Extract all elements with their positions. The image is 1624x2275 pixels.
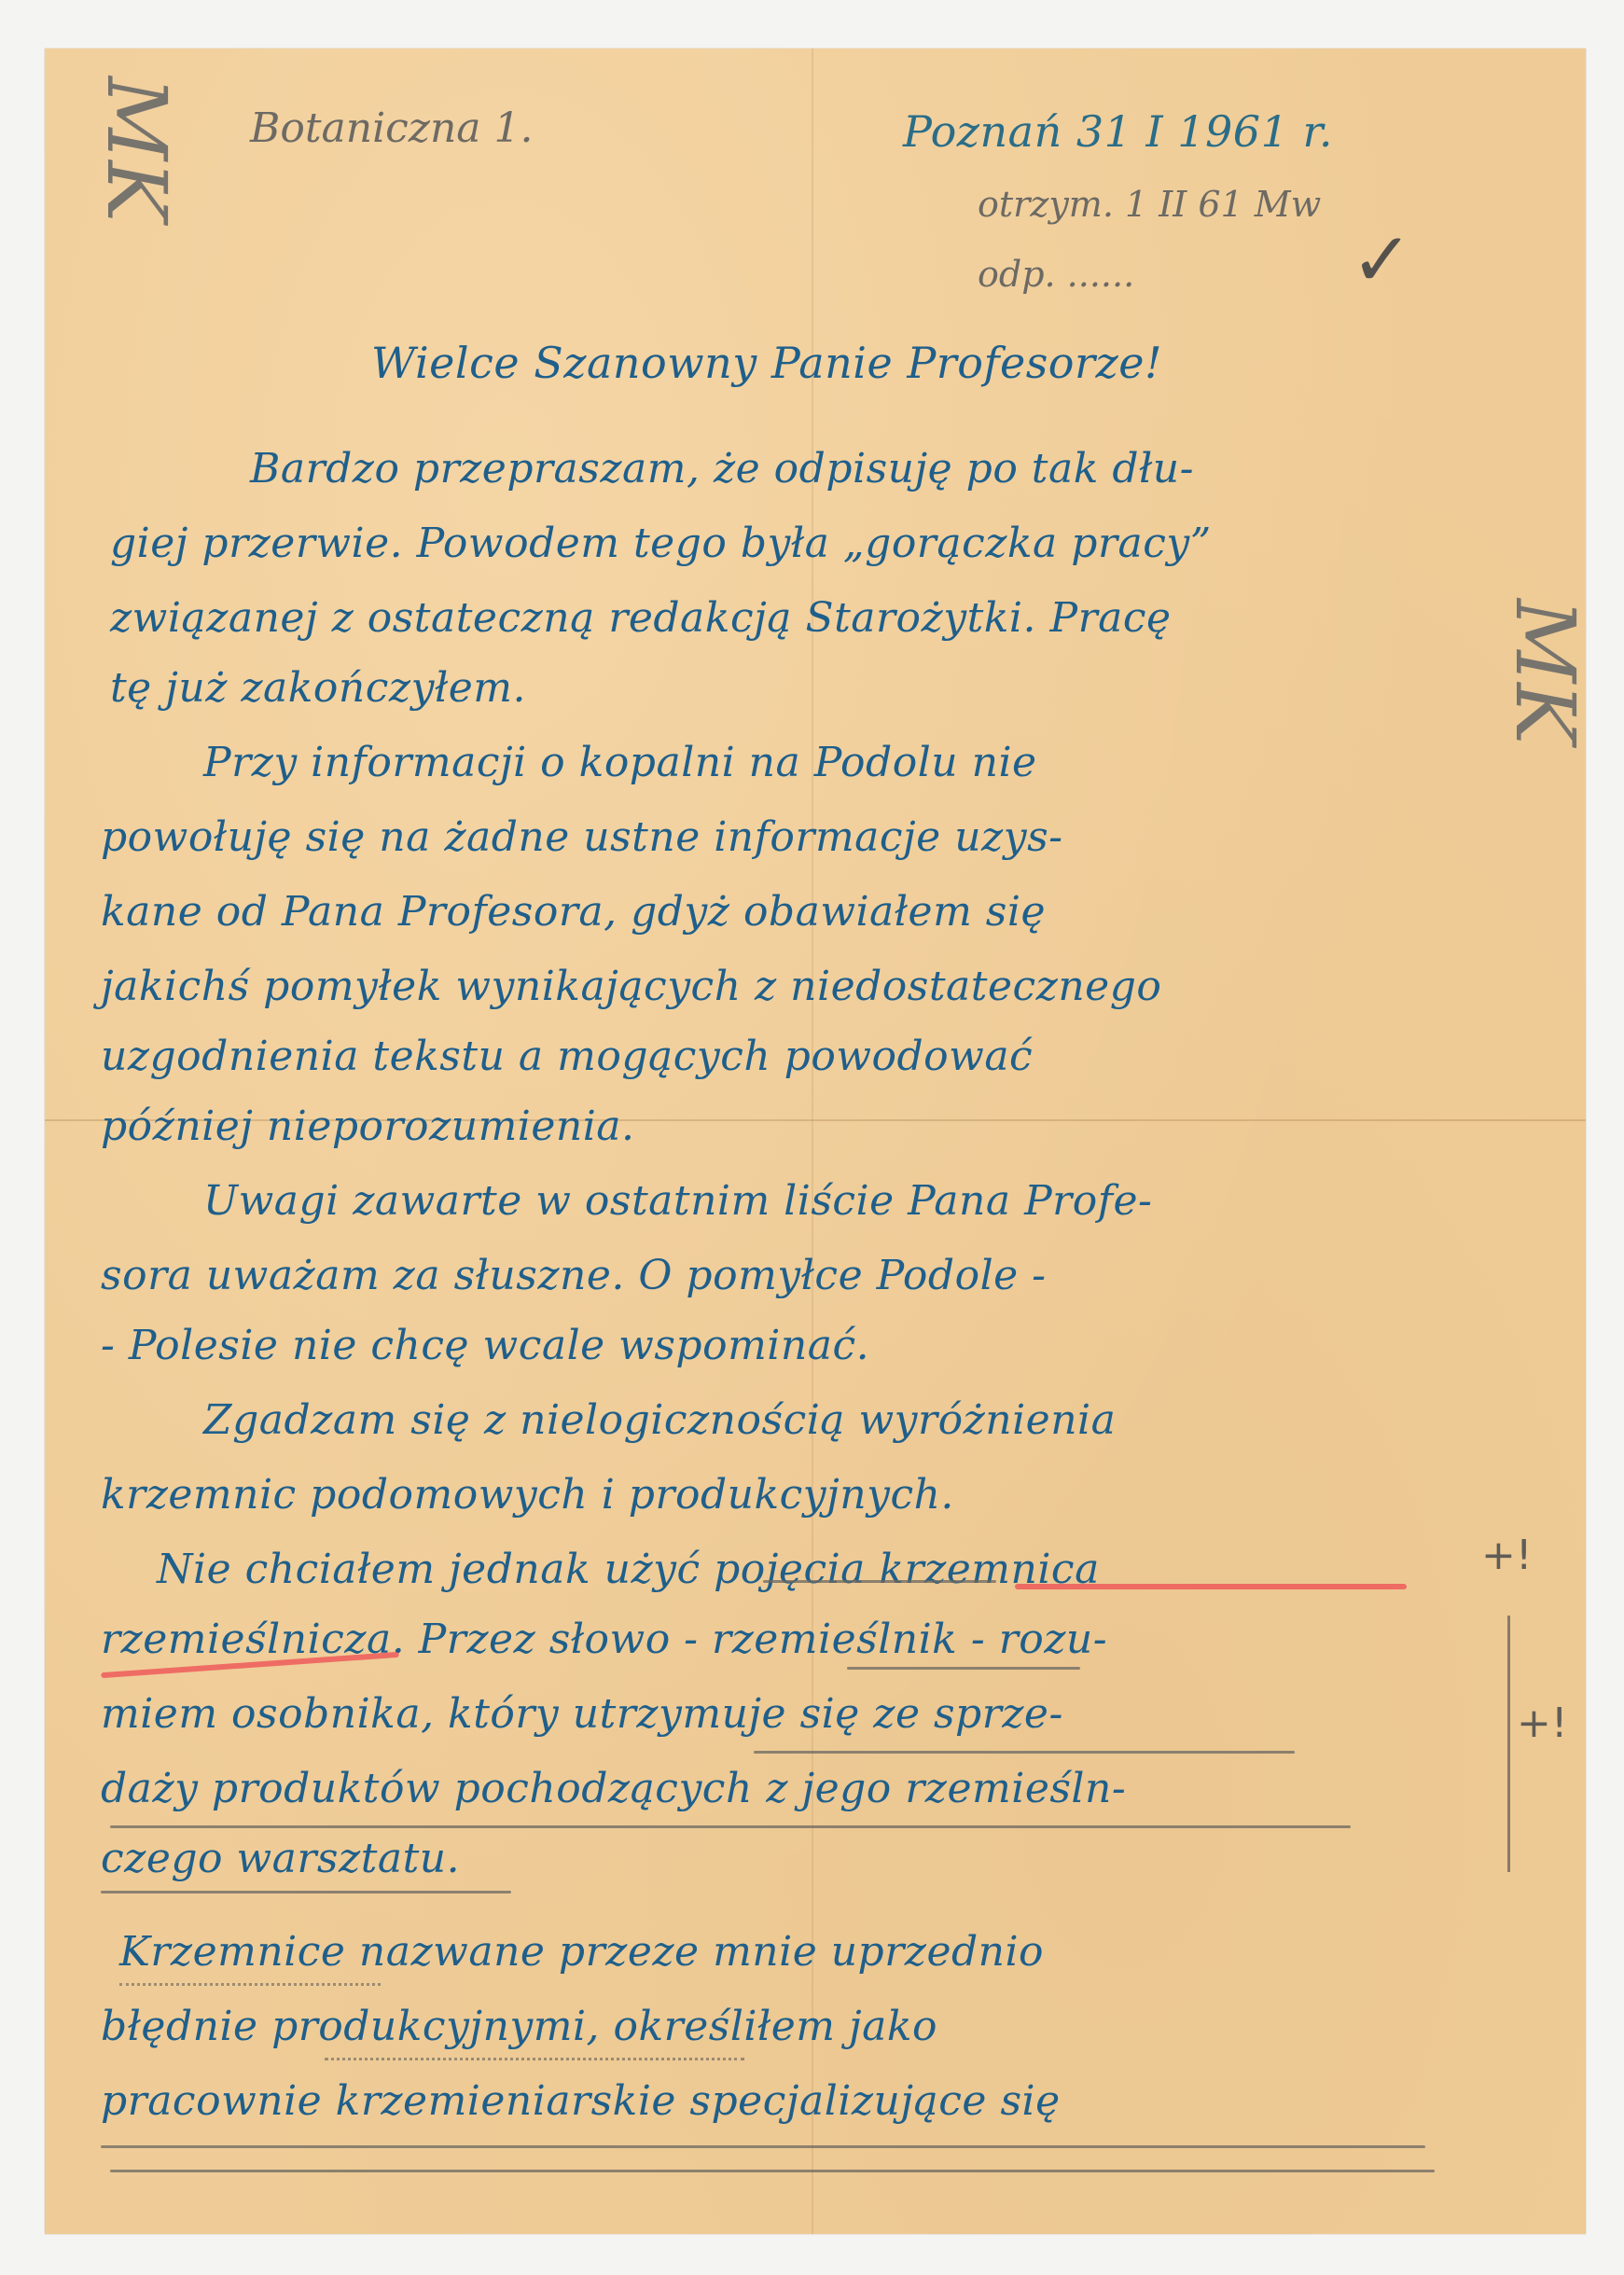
letter-line: daży produktów pochodzących z jego rzemi…: [101, 1765, 1126, 1812]
letter-line: Przy informacji o kopalni na Podolu nie: [203, 739, 1037, 786]
pencil-underline: [754, 1751, 1295, 1754]
response-note: odp. ......: [978, 254, 1134, 295]
letter-line: sora uważam za słuszne. O pomyłce Podole…: [101, 1252, 1047, 1299]
pencil-underline: [847, 1667, 1080, 1670]
letter-line: błędnie produkcyjnymi, określiłem jako: [101, 2003, 937, 2050]
letter-greeting: Wielce Szanowny Panie Profesorze!: [371, 338, 1162, 388]
letter-line: Uwagi zawarte w ostatnim liście Pana Pro…: [203, 1177, 1152, 1225]
letter-paper: MK MK Botaniczna 1. Poznań 31 I 1961 r. …: [45, 49, 1586, 2234]
pencil-underline: [763, 1580, 996, 1583]
letter-line: Krzemnice nazwane przeze mnie uprzednio: [119, 1928, 1044, 1976]
pencil-initials-margin: MK: [1497, 599, 1593, 744]
letter-line: krzemnic podomowych i produkcyjnych.: [101, 1471, 954, 1519]
pencil-underline: [101, 1891, 511, 1894]
letter-line: powołuję się na żadne ustne informacje u…: [101, 813, 1063, 861]
letter-date: Poznań 31 I 1961 r.: [903, 106, 1333, 157]
pencil-double-underline: [101, 2145, 1425, 2148]
pencil-underline: [110, 1825, 1351, 1828]
letter-line: jakichś pomyłek wynikających z niedostat…: [101, 963, 1161, 1010]
letter-line: - Polesie nie chcę wcale wspominać.: [101, 1322, 869, 1369]
letter-line: pracownie krzemieniarskie specjalizujące…: [101, 2077, 1061, 2125]
margin-mark-plus: +!: [1481, 1532, 1533, 1579]
letter-line: czego warsztatu.: [101, 1835, 460, 1882]
margin-bracket: [1507, 1616, 1510, 1872]
pencil-wavy-underline: [325, 2045, 744, 2060]
letter-line: miem osobnika, który utrzymuje się ze sp…: [101, 1690, 1063, 1738]
margin-mark-plus: +!: [1517, 1699, 1568, 1747]
sender-address: Botaniczna 1.: [250, 104, 534, 152]
received-note: otrzym. 1 II 61 Mw: [978, 184, 1321, 225]
letter-line: później nieporozumienia.: [101, 1103, 635, 1150]
letter-line: uzgodnienia tekstu a mogących powodować: [101, 1033, 1033, 1080]
letter-line: kane od Pana Profesora, gdyż obawiałem s…: [101, 888, 1046, 936]
red-underline: [1015, 1584, 1407, 1589]
letter-line: Bardzo przepraszam, że odpisuję po tak d…: [250, 445, 1194, 492]
pencil-wavy-underline: [119, 1970, 381, 1986]
letter-line: rzemieślnicza. Przez słowo - rzemieślnik…: [101, 1616, 1107, 1663]
pencil-initials-top: MK: [89, 76, 185, 222]
letter-line: Nie chciałem jednak użyć pojęcia krzemni…: [157, 1546, 1100, 1593]
letter-line: związanej z ostateczną redakcją Starożyt…: [110, 594, 1172, 642]
letter-line: giej przerwie. Powodem tego była „gorącz…: [110, 520, 1212, 567]
pencil-double-underline: [110, 2170, 1435, 2172]
check-mark-icon: ✓: [1351, 216, 1413, 303]
letter-line: Zgadzam się z nielogicznością wyróżnieni…: [203, 1396, 1116, 1444]
letter-line: tę już zakończyłem.: [110, 664, 526, 712]
